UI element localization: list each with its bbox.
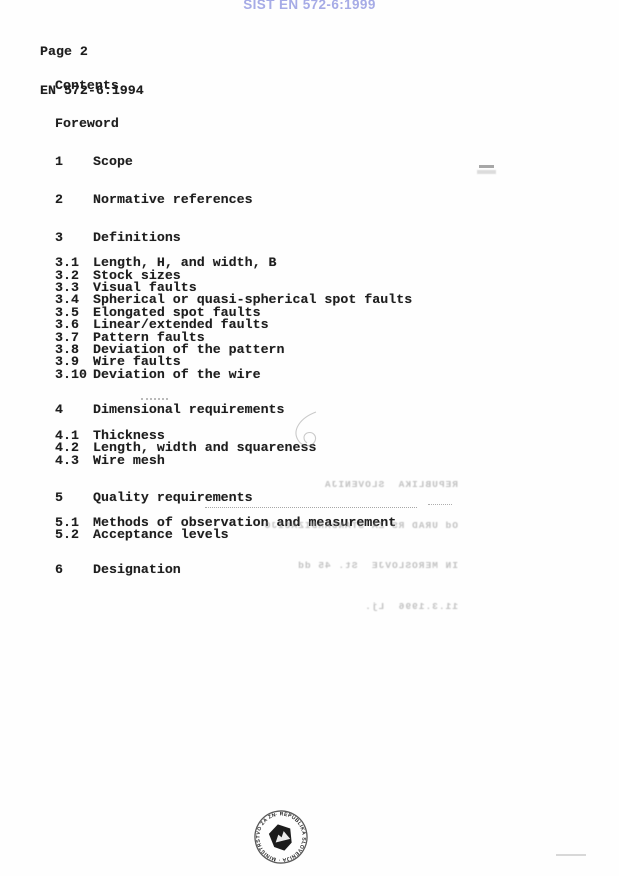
ministry-seal-stamp: · REPUBLIKA SLOVENIJA · MINISTRSTVO ZA Z… bbox=[244, 801, 318, 872]
bleedthrough-dotted-line-short bbox=[428, 504, 452, 505]
toc-entry: 6Designation bbox=[55, 563, 181, 576]
toc-entry-title: Definitions bbox=[93, 231, 181, 244]
toc-entry-title: Acceptance levels bbox=[93, 528, 229, 541]
toc-entry-number: 5.2 bbox=[55, 528, 93, 541]
toc-entry-title: Normative references bbox=[93, 193, 253, 206]
bleedthrough-line: 11.3.1996 Lj. bbox=[212, 600, 458, 614]
toc-entry-number: 1 bbox=[55, 155, 93, 168]
toc-entry-title: Scope bbox=[93, 155, 133, 168]
dash-artifact-shadow bbox=[477, 170, 496, 174]
toc-entry-number: 4.3 bbox=[55, 454, 93, 467]
toc-entry-title: Dimensional requirements bbox=[93, 403, 285, 416]
toc-entry: 5.2Acceptance levels bbox=[55, 528, 229, 541]
bleedthrough-stamp-text: REPUBLIKA SLOVENIJA Od URAD RS ZA STANDA… bbox=[212, 451, 458, 640]
toc-entry: 4.3Wire mesh bbox=[55, 454, 165, 467]
toc-entry-foreword: Foreword bbox=[55, 117, 119, 130]
toc-entry-title: Deviation of the wire bbox=[93, 368, 261, 381]
toc-entry-title: Designation bbox=[93, 563, 181, 576]
toc-entry-number: 4 bbox=[55, 403, 93, 416]
pencil-curl-artifact bbox=[286, 410, 330, 458]
toc-entry-number: 6 bbox=[55, 563, 93, 576]
sist-watermark: SIST EN 572-6:1999 bbox=[0, 0, 619, 12]
page-header: Page 2 EN 572-6:1994 bbox=[40, 19, 144, 123]
contents-heading: Contents bbox=[55, 79, 119, 92]
toc-entry-title: Wire mesh bbox=[93, 454, 165, 467]
smudge-artifact bbox=[141, 398, 168, 403]
scan-edge-line bbox=[556, 854, 586, 856]
bleedthrough-line: IN MEROSLOVJE St. 45 dd bbox=[212, 559, 458, 573]
page-number-label: Page 2 bbox=[40, 45, 144, 58]
bleedthrough-line: Od URAD RS ZA STANDARDIZACIJO bbox=[212, 519, 458, 533]
toc-entry: 3Definitions bbox=[55, 231, 181, 244]
toc-entry: 4Dimensional requirements bbox=[55, 403, 285, 416]
dash-artifact bbox=[479, 165, 494, 168]
bleedthrough-line: REPUBLIKA SLOVENIJA bbox=[212, 478, 458, 492]
toc-entry-number: 5 bbox=[55, 491, 93, 504]
toc-entry-number: 2 bbox=[55, 193, 93, 206]
toc-entry: 1Scope bbox=[55, 155, 133, 168]
toc-entry-number: 3 bbox=[55, 231, 93, 244]
toc-entry: 3.10Deviation of the wire bbox=[55, 368, 261, 381]
scanned-document-page: SIST EN 572-6:1999 Page 2 EN 572-6:1994 … bbox=[0, 0, 619, 876]
toc-entry-number: 3.10 bbox=[55, 368, 93, 381]
bleedthrough-dotted-line bbox=[205, 507, 417, 508]
toc-entry: 2Normative references bbox=[55, 193, 253, 206]
